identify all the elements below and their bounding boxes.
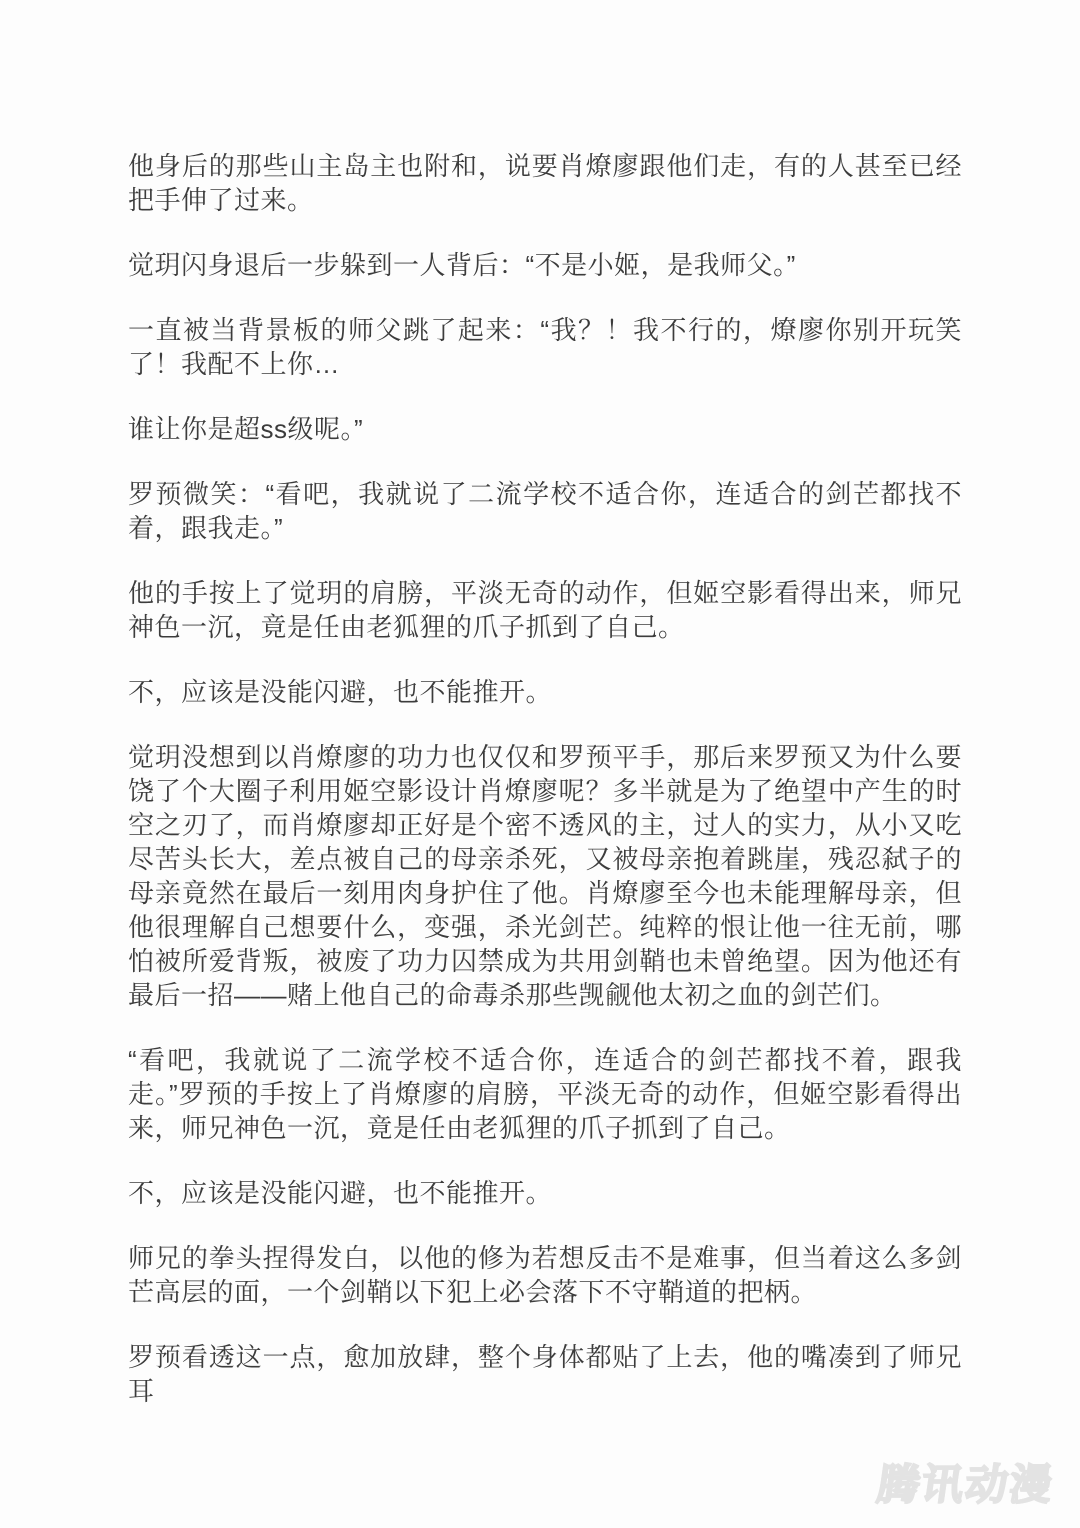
paragraph-11: 师兄的拳头捏得发白，以他的修为若想反击不是难事，但当着这么多剑芒高层的面，一个剑… [128,1241,962,1309]
paragraph-3: 一直被当背景板的师父跳了起来：“我？！我不行的，燎廖你别开玩笑了！我配不上你… [128,313,962,381]
tencent-comics-watermark: 腾讯动漫 [874,1452,1058,1512]
paragraph-5: 罗预微笑：“看吧，我就说了二流学校不适合你，连适合的剑芒都找不着，跟我走。” [128,477,962,545]
paragraph-8: 觉玥没想到以肖燎廖的功力也仅仅和罗预平手，那后来罗预又为什么要饶了个大圈子利用姬… [128,740,962,1012]
paragraph-12: 罗预看透这一点，愈加放肆，整个身体都贴了上去，他的嘴凑到了师兄耳 [128,1340,962,1408]
paragraph-7: 不，应该是没能闪避，也不能推开。 [128,675,962,709]
paragraph-6: 他的手按上了觉玥的肩膀，平淡无奇的动作，但姬空影看得出来，师兄神色一沉，竟是任由… [128,576,962,644]
paragraph-1: 他身后的那些山主岛主也附和，说要肖燎廖跟他们走，有的人甚至已经把手伸了过来。 [128,149,962,217]
paragraph-2: 觉玥闪身退后一步躲到一人背后：“不是小姬，是我师父。” [128,248,962,282]
paragraph-9: “看吧，我就说了二流学校不适合你，连适合的剑芒都找不着，跟我走。”罗预的手按上了… [128,1043,962,1145]
paragraph-10: 不，应该是没能闪避，也不能推开。 [128,1176,962,1210]
paragraph-4: 谁让你是超ss级呢。” [128,412,962,446]
novel-text-body: 他身后的那些山主岛主也附和，说要肖燎廖跟他们走，有的人甚至已经把手伸了过来。 觉… [128,149,962,1408]
